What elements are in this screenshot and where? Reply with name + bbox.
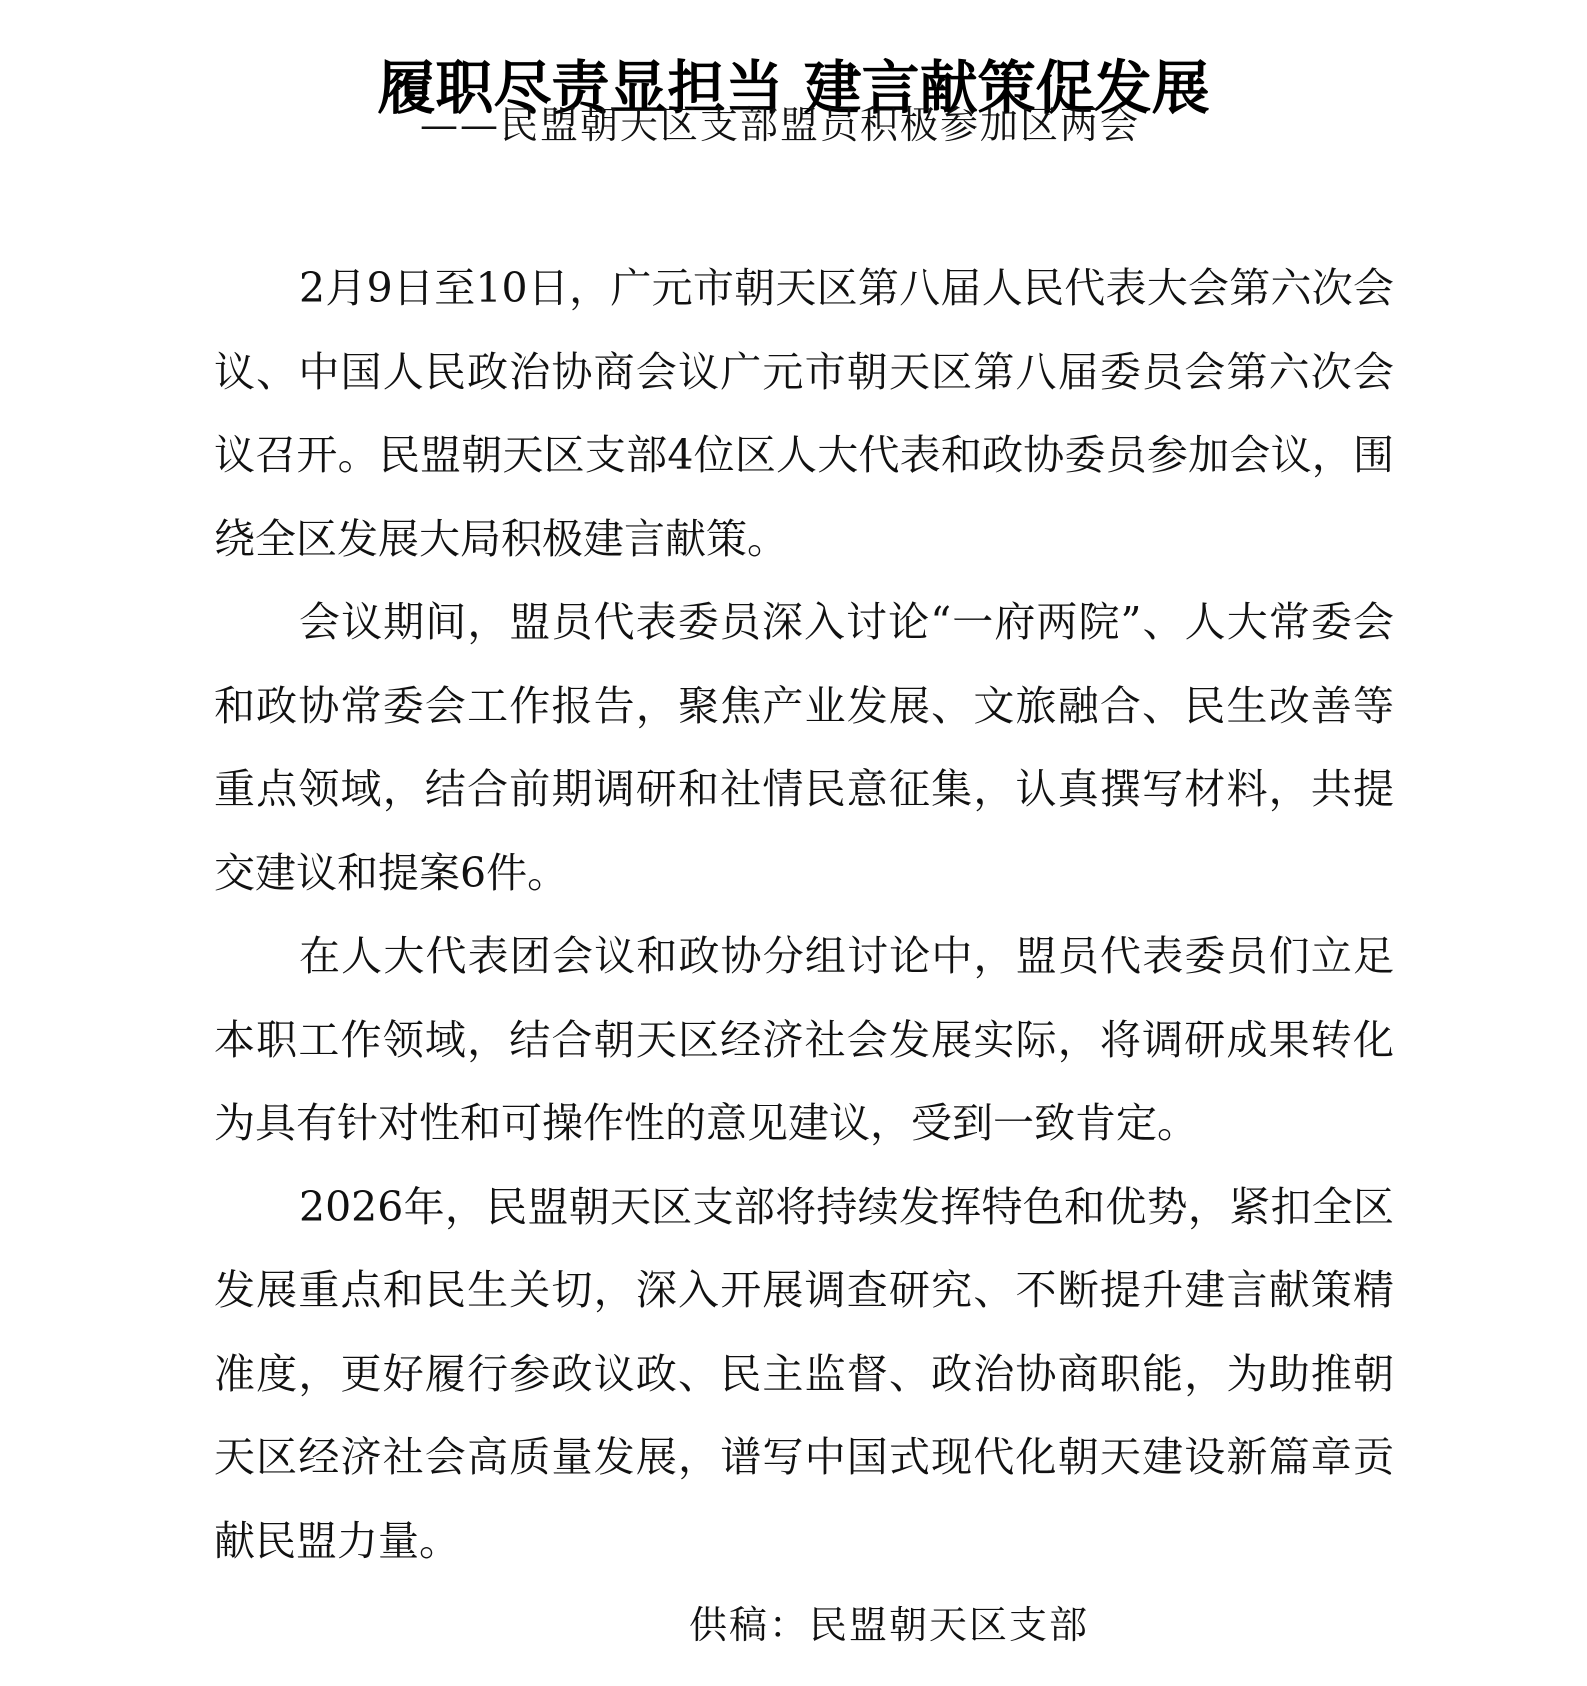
paragraph-4: 2026年，民盟朝天区支部将持续发挥特色和优势，紧扣全区发展重点和民生关切，深入… (214, 1166, 1394, 1584)
article-body: 2月9日至10日，广元市朝天区第八届人民代表大会第六次会议、中国人民政治协商会议… (214, 247, 1394, 1583)
document-page: 履职尽责显担当 建言献策促发展 ——民盟朝天区支部盟员积极参加区两会 2月9日至… (0, 0, 1587, 1686)
paragraph-1: 2月9日至10日，广元市朝天区第八届人民代表大会第六次会议、中国人民政治协商会议… (214, 247, 1394, 581)
article-subtitle: ——民盟朝天区支部盟员积极参加区两会 (420, 100, 1140, 150)
source-credit: 供稿：民盟朝天区支部 (689, 1600, 1089, 1650)
paragraph-2: 会议期间，盟员代表委员深入讨论“一府两院”、人大常委会和政协常委会工作报告，聚焦… (214, 581, 1394, 915)
paragraph-3: 在人大代表团会议和政协分组讨论中，盟员代表委员们立足本职工作领域，结合朝天区经济… (214, 915, 1394, 1166)
